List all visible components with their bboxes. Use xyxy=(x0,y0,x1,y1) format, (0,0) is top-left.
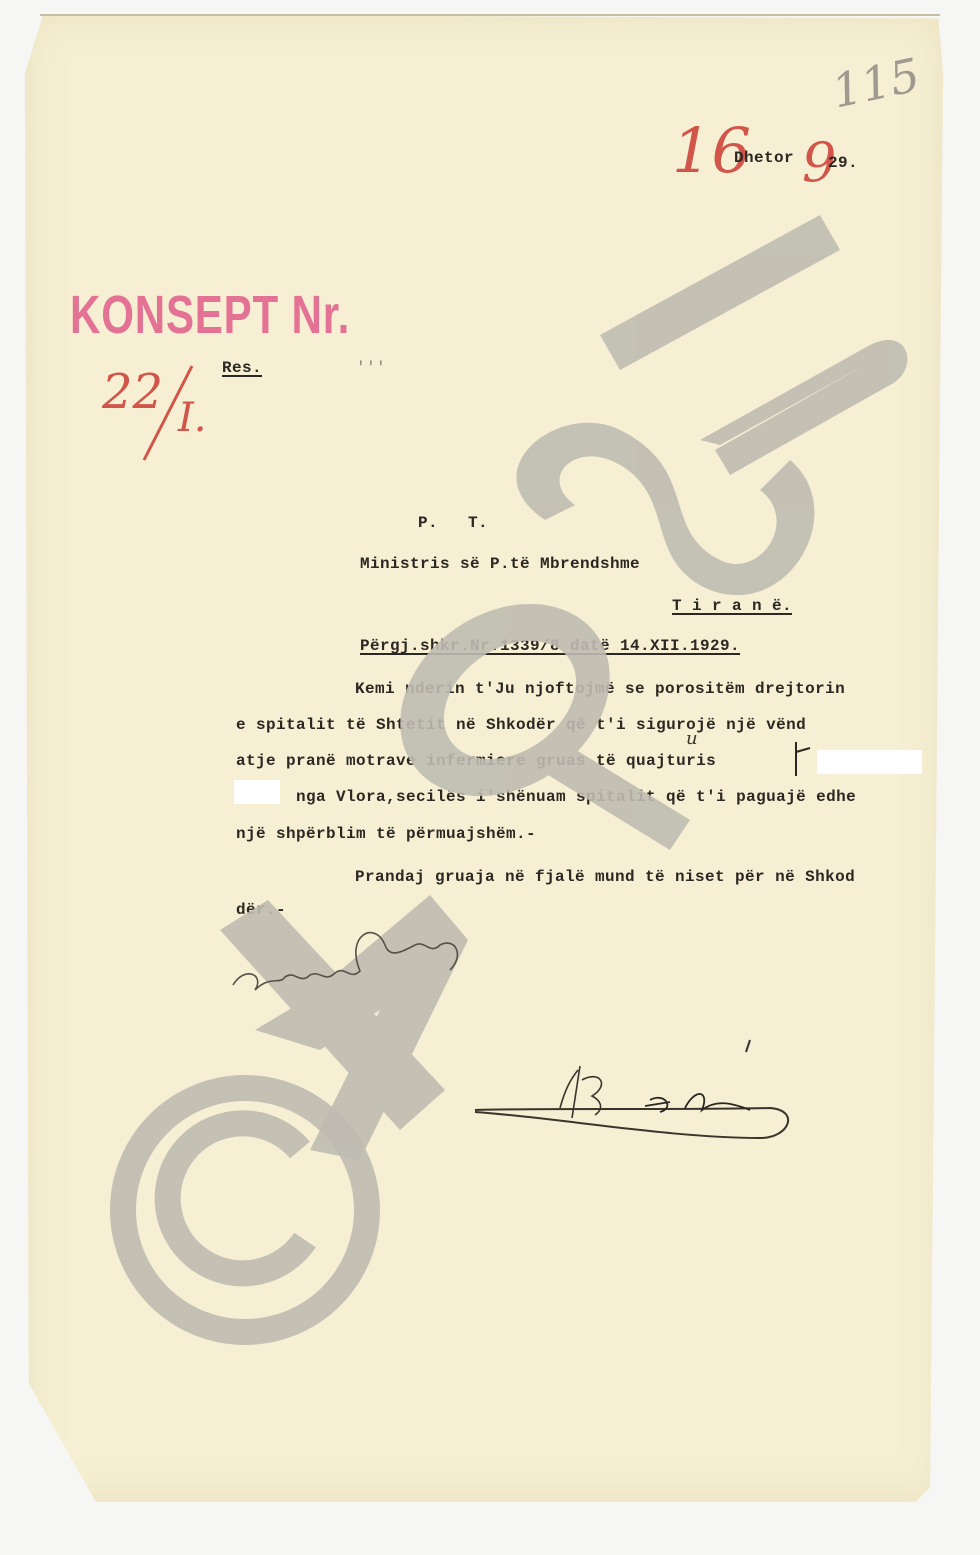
body-line-4: nga Vlora,secilës i'shënuam spitalit që … xyxy=(296,789,856,805)
body-line-3: atje pranë motrave infermiere gruas të q… xyxy=(236,753,716,769)
initials-signature xyxy=(225,915,475,1005)
reference-res: Res. xyxy=(222,360,262,376)
main-signature xyxy=(470,1030,800,1150)
body-line-1: Kemi nderin t'Ju njoftojmë se porositëm … xyxy=(355,681,845,697)
body-line-5: një shpërblim të përmuajshëm.- xyxy=(236,826,536,842)
konsept-stamp: KONSEPT Nr. xyxy=(70,288,350,342)
recipient-city: T i r a n ë. xyxy=(672,598,792,614)
redacted-name-part-2 xyxy=(234,780,280,804)
insertion-mark xyxy=(788,740,814,780)
salutation: P. T. xyxy=(418,515,488,531)
body-line-6: Prandaj gruaja në fjalë mund të niset pë… xyxy=(355,869,855,885)
date-year: 29. xyxy=(828,155,858,171)
paper-top-edge xyxy=(40,14,940,16)
subject-reference: Përgj.shkr.Nr.1339/8 datë 14.XII.1929. xyxy=(360,638,740,654)
date-month: Dhetor xyxy=(734,150,794,166)
recipient: Ministris së P.të Mbrendshme xyxy=(360,556,640,572)
redacted-name-part-1 xyxy=(817,750,922,774)
stamp-roman: I. xyxy=(178,398,207,438)
body-line-2: e spitalit të Shtetit në Shkodër që t'i … xyxy=(236,717,806,733)
handwritten-insertion: u xyxy=(686,730,698,748)
reference-marks: ''' xyxy=(356,360,386,376)
